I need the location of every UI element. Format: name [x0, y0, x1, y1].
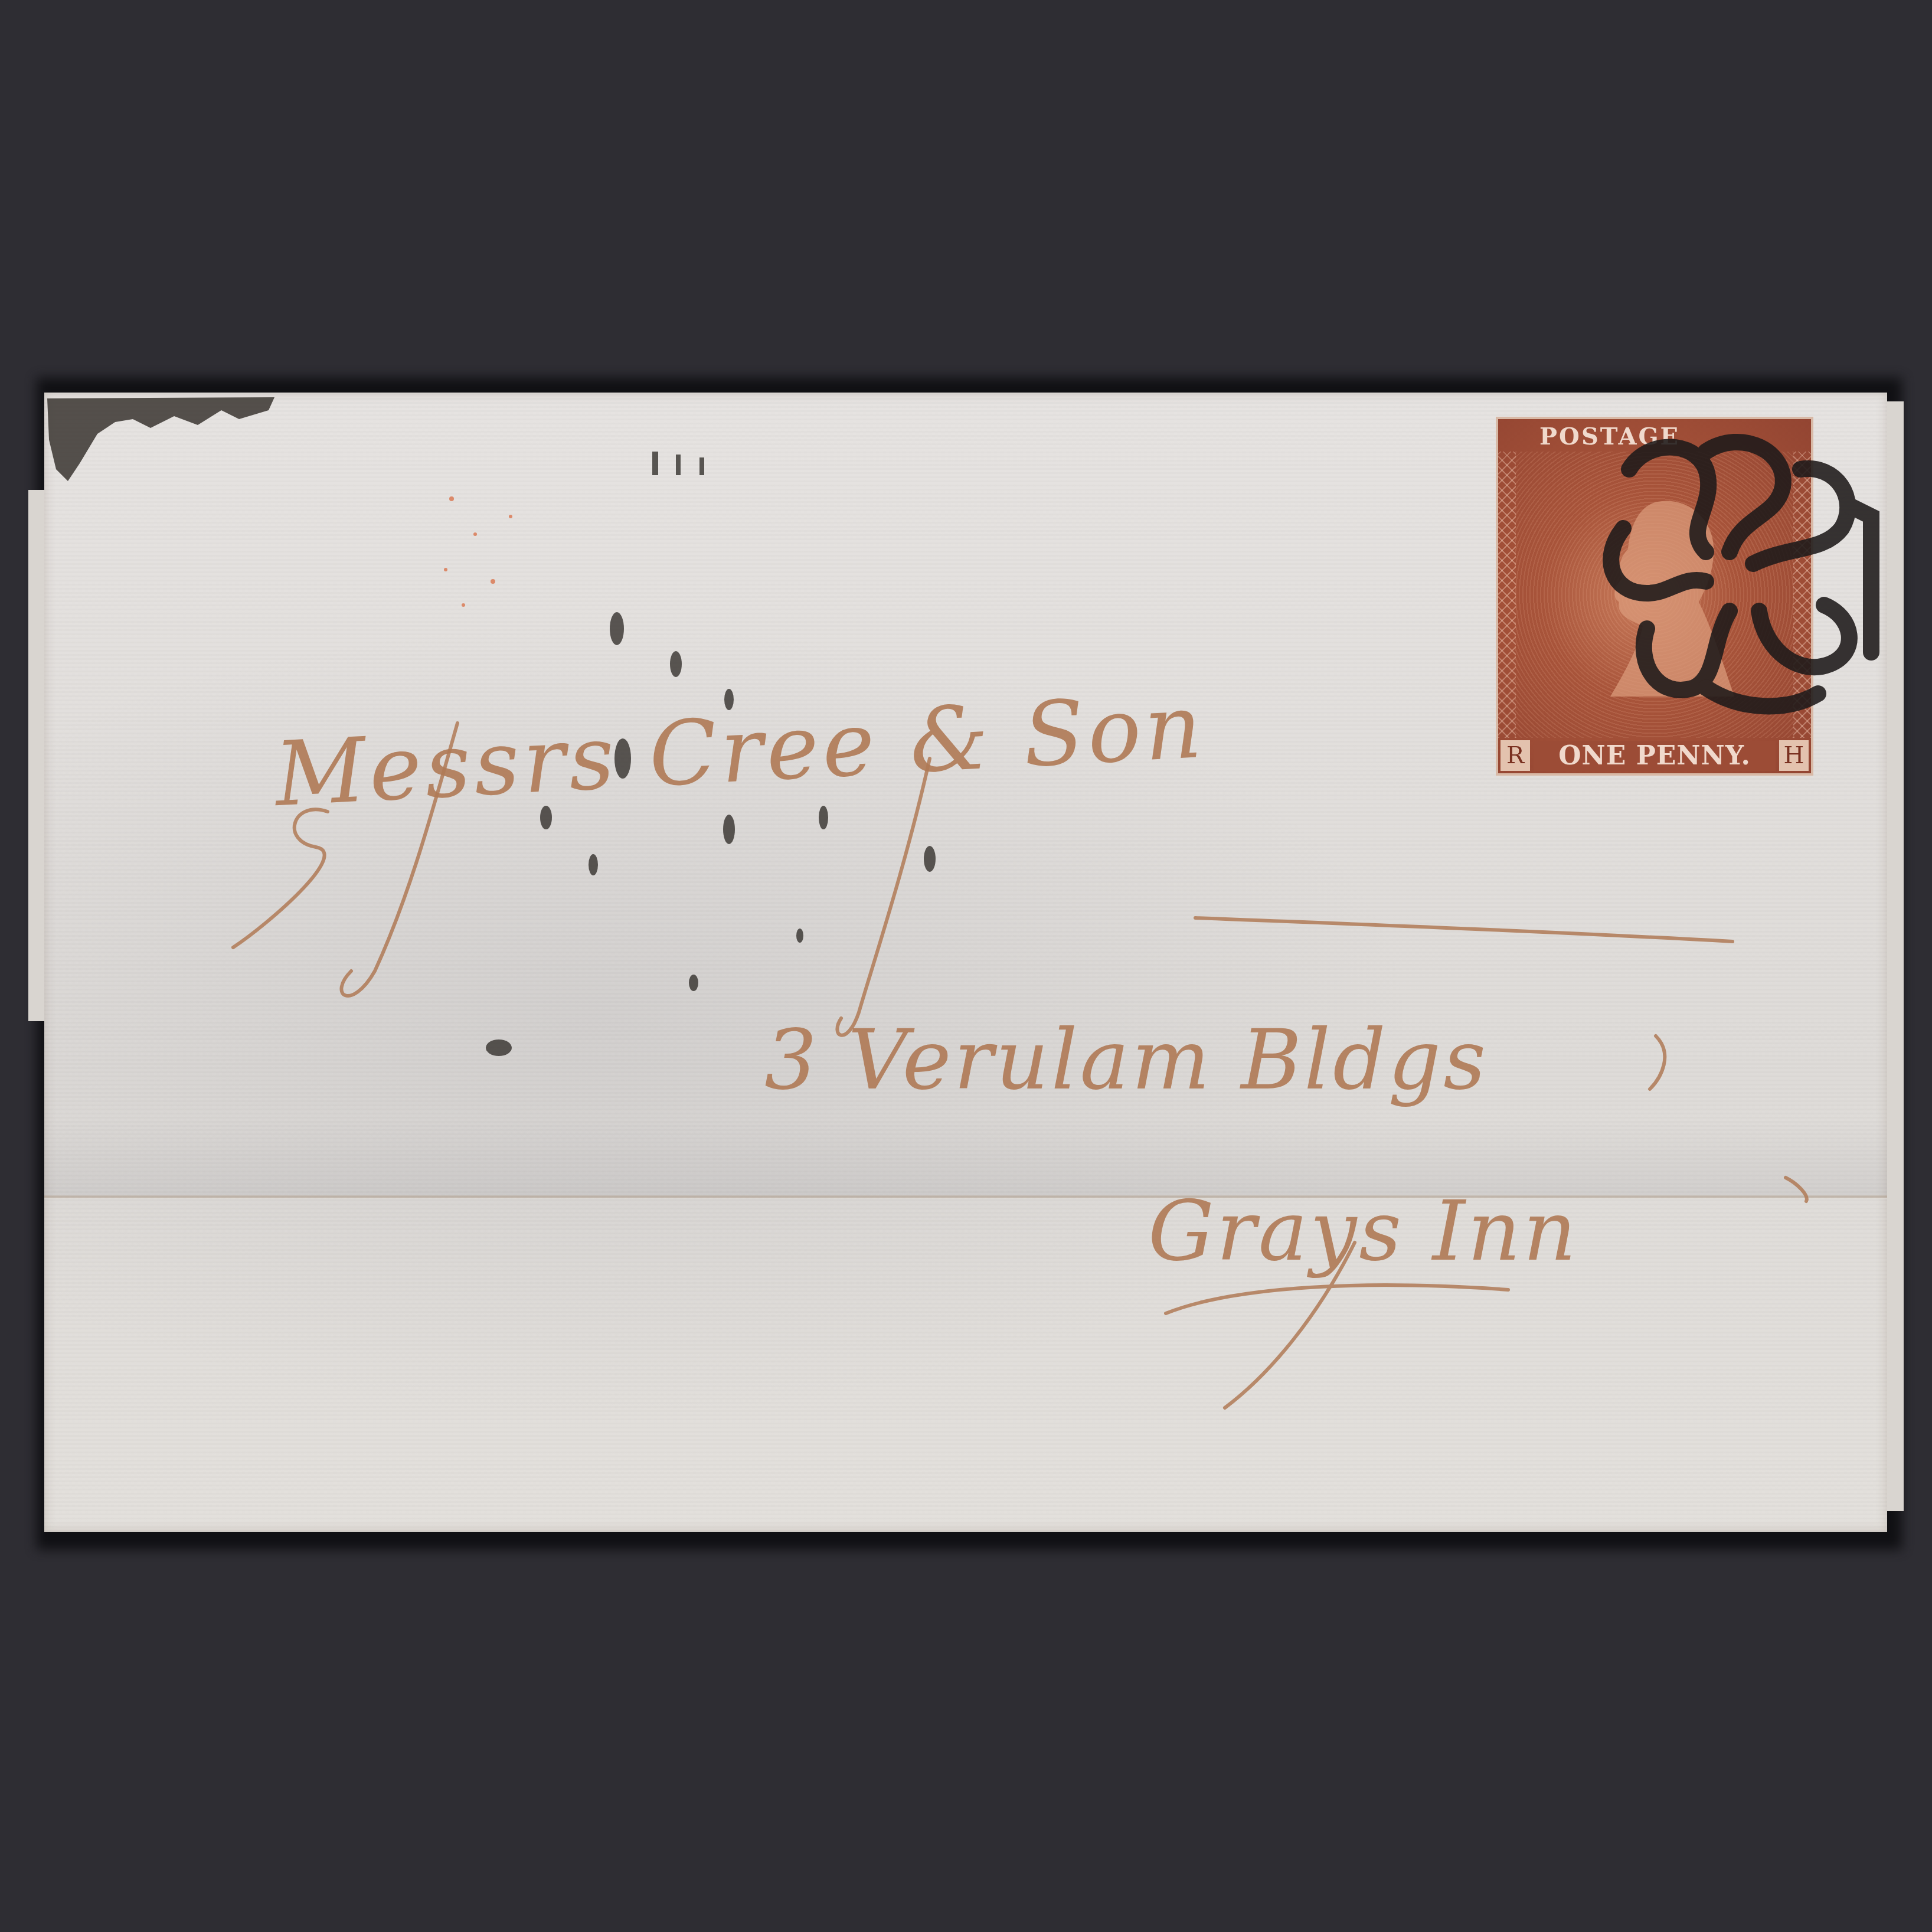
address-line-2: 3 Verulam Bldgs — [764, 1012, 1488, 1109]
postal-cover: Messrs Cree & Son 3 Verulam Bldgs Grays … — [44, 393, 1887, 1532]
fold-line — [44, 1195, 1887, 1199]
address-line-3: Grays Inn — [1148, 1184, 1578, 1280]
maltese-cross-cancel — [1564, 416, 1895, 747]
check-letter-left: R — [1501, 740, 1530, 771]
fold-shadow — [44, 1119, 1887, 1195]
soot-stain — [44, 393, 292, 487]
stamp-left-border — [1498, 452, 1516, 738]
